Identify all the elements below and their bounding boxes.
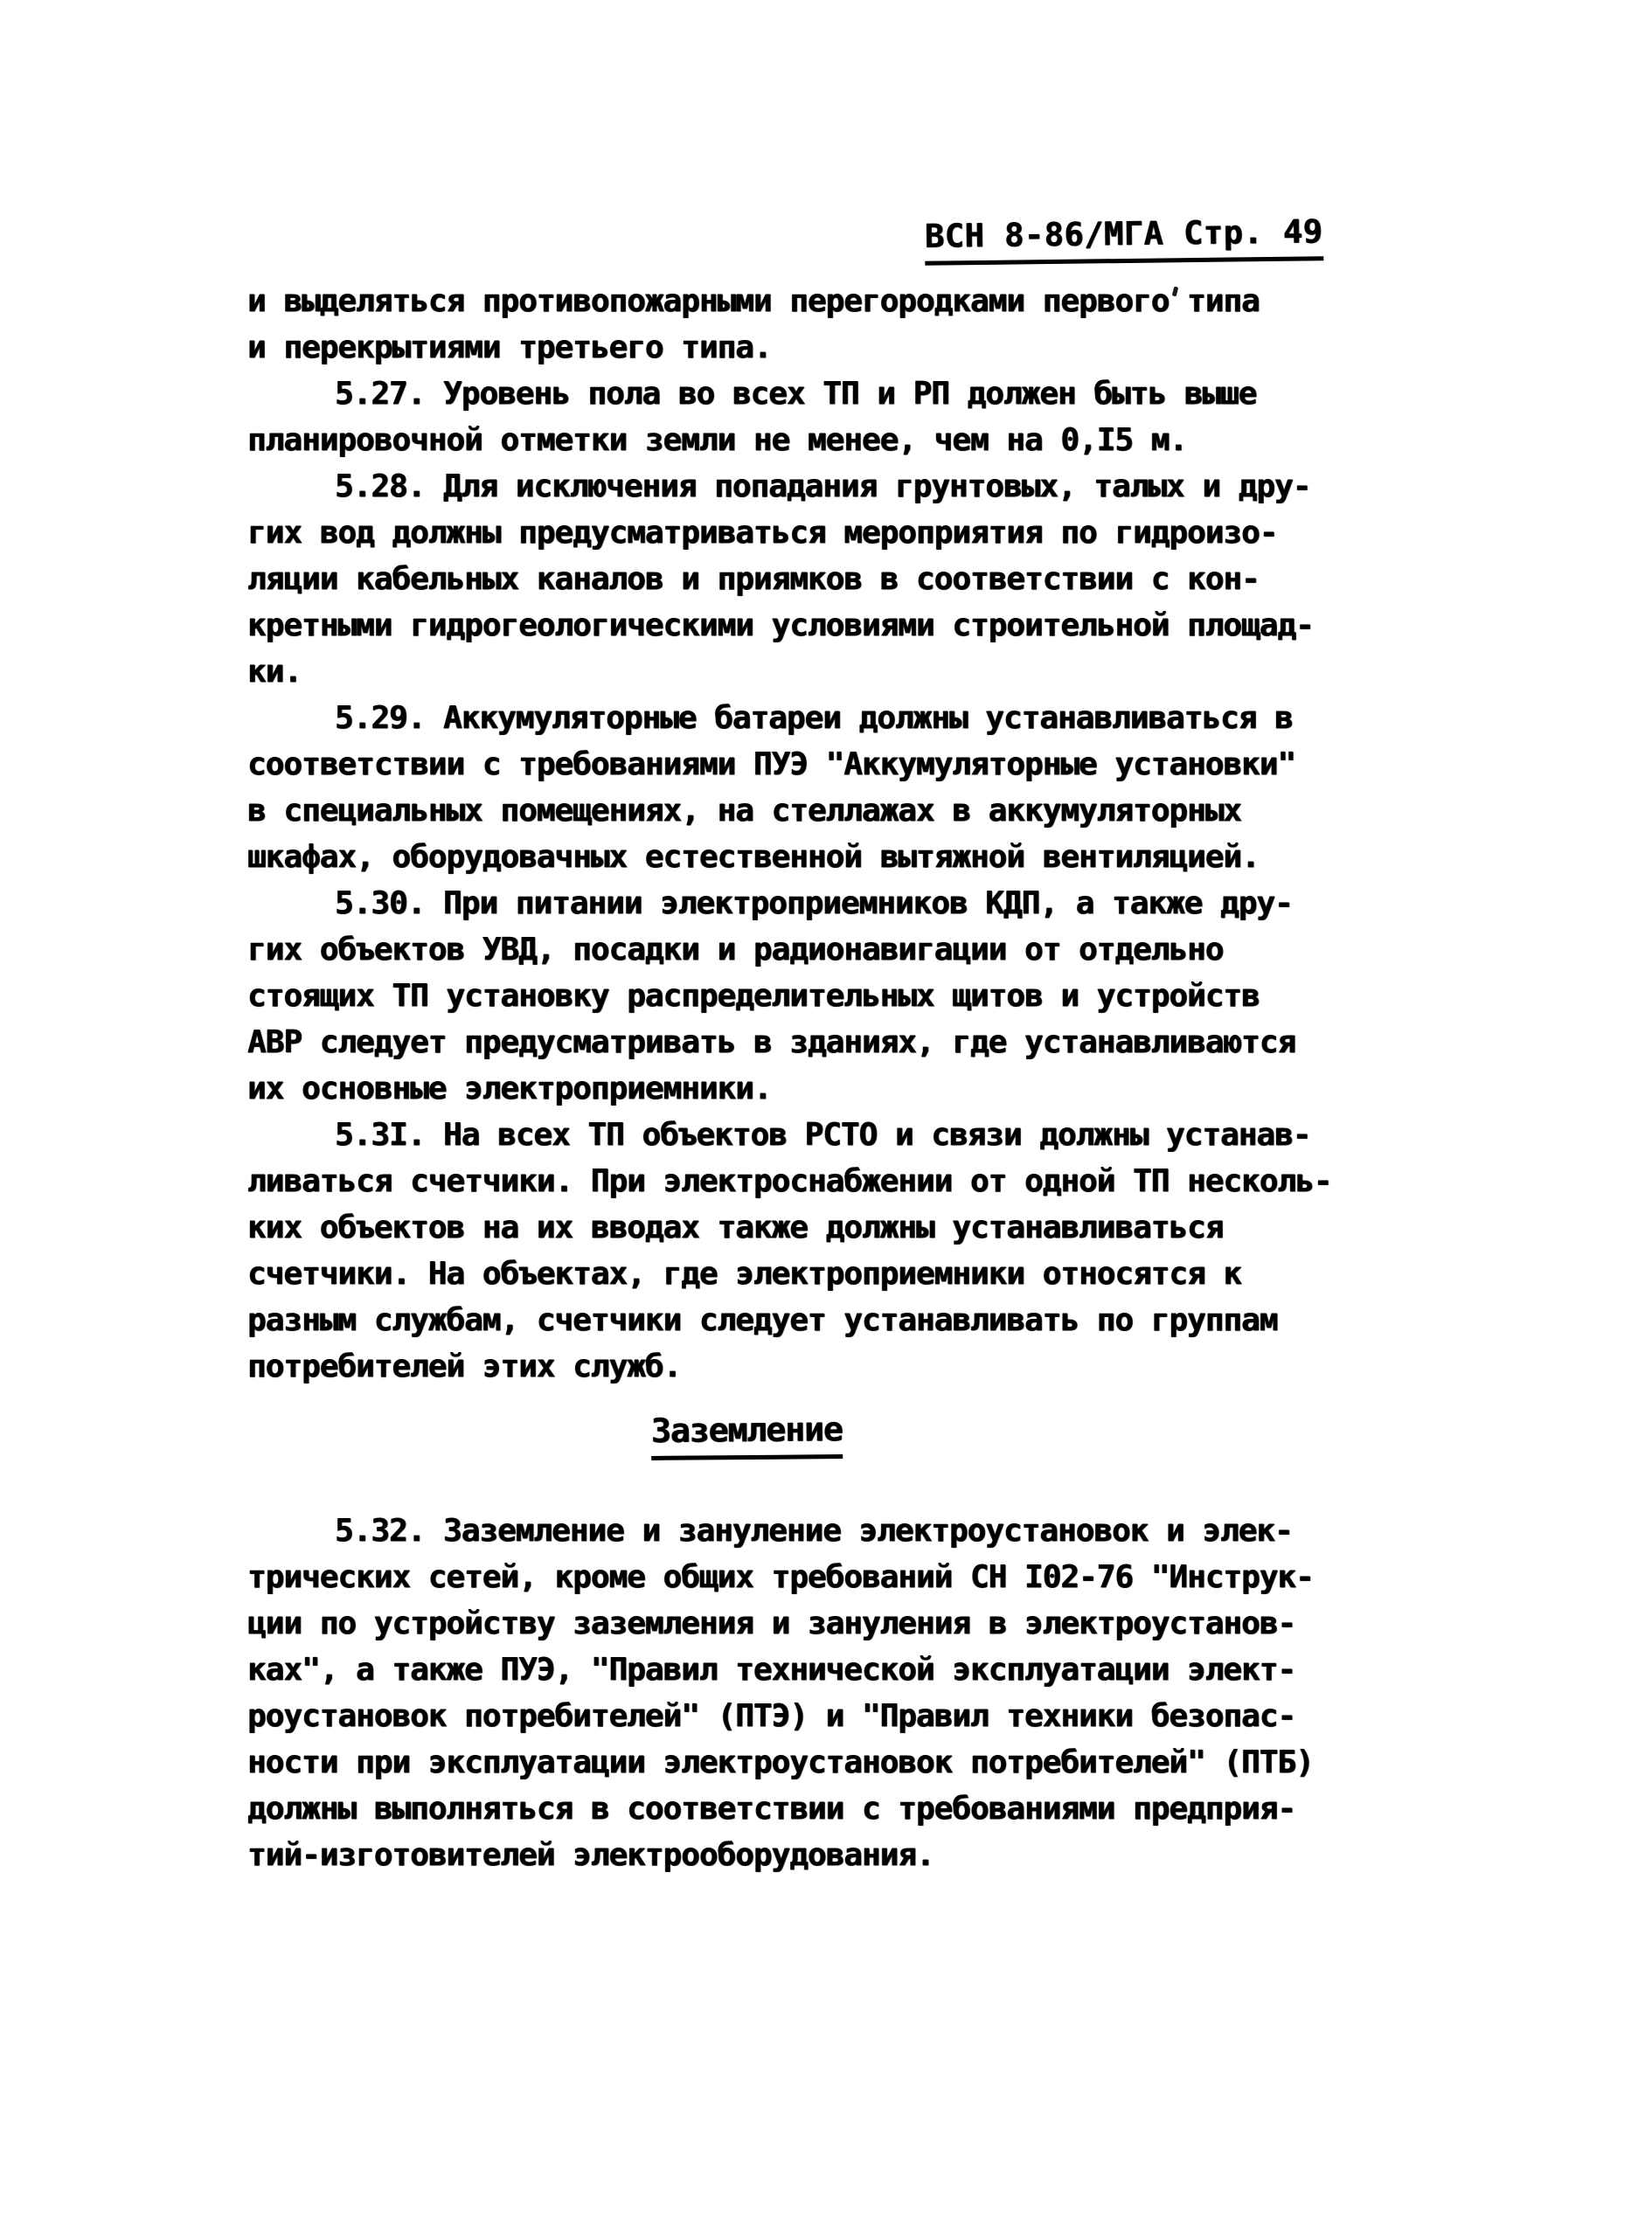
text-line: 5.32. Заземление и зануление электроуста… <box>247 1508 1392 1554</box>
scanned-document-page: ВСН 8-86/МГА Стр. 49 и выделяться против… <box>0 0 1652 2240</box>
text-line: ках", а также ПУЭ, "Правил технической э… <box>247 1647 1392 1693</box>
text-line: и перекрытиями третьего типа. <box>247 324 1392 371</box>
page-header: ВСН 8-86/МГА Стр. 49 <box>925 212 1323 266</box>
text-line: роустановок потребителей" (ПТЭ) и "Прави… <box>247 1693 1392 1739</box>
text-line: 5.30. При питании электроприемников КДП,… <box>247 880 1392 926</box>
text-line: стоящих ТП установку распределительных щ… <box>247 973 1392 1019</box>
text-line: 5.3I. На всех ТП объектов РСТО и связи д… <box>247 1112 1392 1158</box>
text-line: ки. <box>247 648 1392 695</box>
text-line: должны выполняться в соответствии с треб… <box>247 1786 1392 1832</box>
text-line: ции по устройству заземления и зануления… <box>247 1600 1392 1647</box>
text-line: ляции кабельных каналов и приямков в соо… <box>247 556 1392 602</box>
text-line: 5.28. Для исключения попадания грунтовых… <box>247 463 1392 510</box>
text-line: гих объектов УВД, посадки и радионавигац… <box>247 926 1392 973</box>
document-body: и выделяться противопожарными перегородк… <box>247 278 1392 1878</box>
text-line: ливаться счетчики. При электроснабжении … <box>247 1158 1392 1204</box>
text-line: планировочной отметки земли не менее, че… <box>247 417 1392 463</box>
section-heading: Заземление <box>651 1408 843 1460</box>
text-line: их основные электроприемники. <box>247 1065 1392 1112</box>
text-line: в специальных помещениях, на стеллажах в… <box>247 787 1392 834</box>
text-line: АВР следует предусматривать в зданиях, г… <box>247 1019 1392 1065</box>
text-line: гих вод должны предусматриваться меропри… <box>247 510 1392 556</box>
text-line: шкафах, оборудовачных естественной вытяж… <box>247 834 1392 880</box>
text-line: трических сетей, кроме общих требований … <box>247 1554 1392 1600</box>
text-line: 5.27. Уровень пола во всех ТП и РП долже… <box>247 371 1392 417</box>
text-line: соответствии с требованиями ПУЭ "Аккумул… <box>247 741 1392 787</box>
text-line: ности при эксплуатации электроустановок … <box>247 1739 1392 1786</box>
text-line: кретными гидрогеологическими условиями с… <box>247 602 1392 648</box>
text-line: тий-изготовителей электрооборудования. <box>247 1832 1392 1878</box>
text-line: разным службам, счетчики следует устанав… <box>247 1297 1392 1343</box>
text-line: 5.29. Аккумуляторные батареи должны уста… <box>247 695 1392 741</box>
text-line: счетчики. На объектах, где электроприемн… <box>247 1251 1392 1297</box>
text-line: потребителей этих служб. <box>247 1343 1392 1390</box>
text-line: ких объектов на их вводах также должны у… <box>247 1204 1392 1251</box>
text-line: и выделяться противопожарными перегородк… <box>247 278 1392 324</box>
section-heading-row: Заземление <box>247 1390 1392 1508</box>
